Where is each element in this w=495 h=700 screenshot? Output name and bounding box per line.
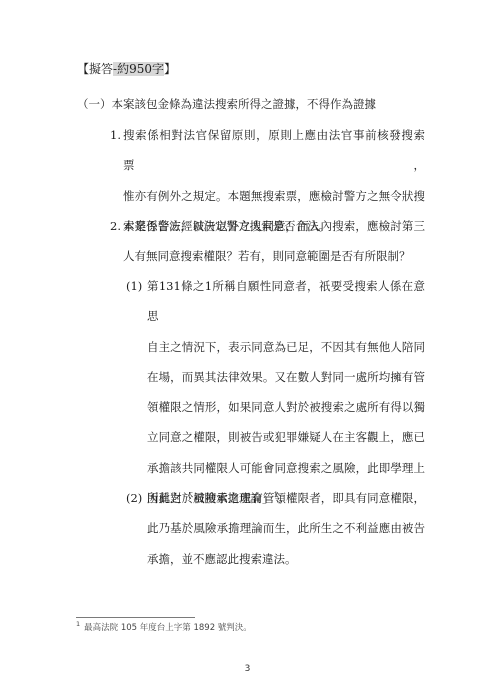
page-number: 3: [0, 664, 495, 674]
footnote: 1最高法院 105 年度台上字第 1892 號判決。: [76, 622, 476, 635]
item-2-marker: 2.: [110, 211, 121, 241]
body-line: 搜索係相對法官保留原則，原則上應由法官事前核發搜索票，: [123, 120, 425, 181]
sub-item-2: (2) 因此對於被搜索之處有管領權限者，即具有同意權限， 此乃基於風險承擔理論而…: [126, 483, 425, 574]
answer-title-suffix: 】: [164, 62, 176, 76]
body-line: 立同意之權限，則被告或犯罪嫌疑人在主客觀上，應已: [147, 422, 425, 452]
body-line: 自主之情況下，表示同意為已足，不因其有無他人陪同: [147, 332, 425, 362]
item-1-marker: 1.: [110, 120, 121, 150]
section-heading-1: （一）本案該包金條為違法搜索所得之證據，不得作為證據: [77, 89, 457, 119]
footnote-separator-rule: [76, 617, 195, 618]
sub-item-2-marker: (2): [126, 483, 142, 513]
body-line: 第131條之1所稱自願性同意者，祇要受搜索人係在意思: [147, 271, 425, 332]
body-line: 承擔，並不應認此搜索違法。: [147, 544, 425, 574]
body-line: 在場，而異其法律效果。又在數人對同一處所均擁有管: [147, 362, 425, 392]
body-line: 本案係警方經被告以外之人同意，而入內搜索，應檢討第三: [123, 211, 425, 241]
body-line: 領權限之情形，如果同意人對於被搜索之處所有得以獨: [147, 392, 425, 422]
footnote-number: 1: [76, 620, 80, 628]
sub-item-1-marker: (1): [126, 271, 142, 301]
word-count-highlight: -約950字: [113, 62, 164, 76]
answer-title-prefix: 【擬答: [77, 62, 113, 76]
body-line: 承擔該共同權限人可能會同意搜索之風險，此即學理上: [147, 453, 425, 483]
answer-title: 【擬答-約950字】: [77, 59, 176, 79]
body-line: 因此對於被搜索之處有管領權限者，即具有同意權限，: [147, 483, 425, 513]
sub-item-1: (1) 第131條之1所稱自願性同意者，祇要受搜索人係在意思 自主之情況下，表示…: [126, 271, 425, 513]
numbered-item-2: 2. 本案係警方經被告以外之人同意，而入內搜索，應檢討第三 人有無同意搜索權限？…: [110, 211, 425, 272]
body-line: 人有無同意搜索權限？若有，則同意範圍是否有所限制？: [123, 241, 425, 271]
body-line: 惟亦有例外之規定。本題無搜索票，應檢討警方之無令狀搜: [123, 181, 425, 211]
document-page: 【擬答-約950字】 （一）本案該包金條為違法搜索所得之證據，不得作為證據 1.…: [0, 0, 495, 700]
footnote-text: 最高法院 105 年度台上字第 1892 號判決。: [84, 623, 252, 633]
body-line: 此乃基於風險承擔理論而生，此所生之不利益應由被告: [147, 513, 425, 543]
